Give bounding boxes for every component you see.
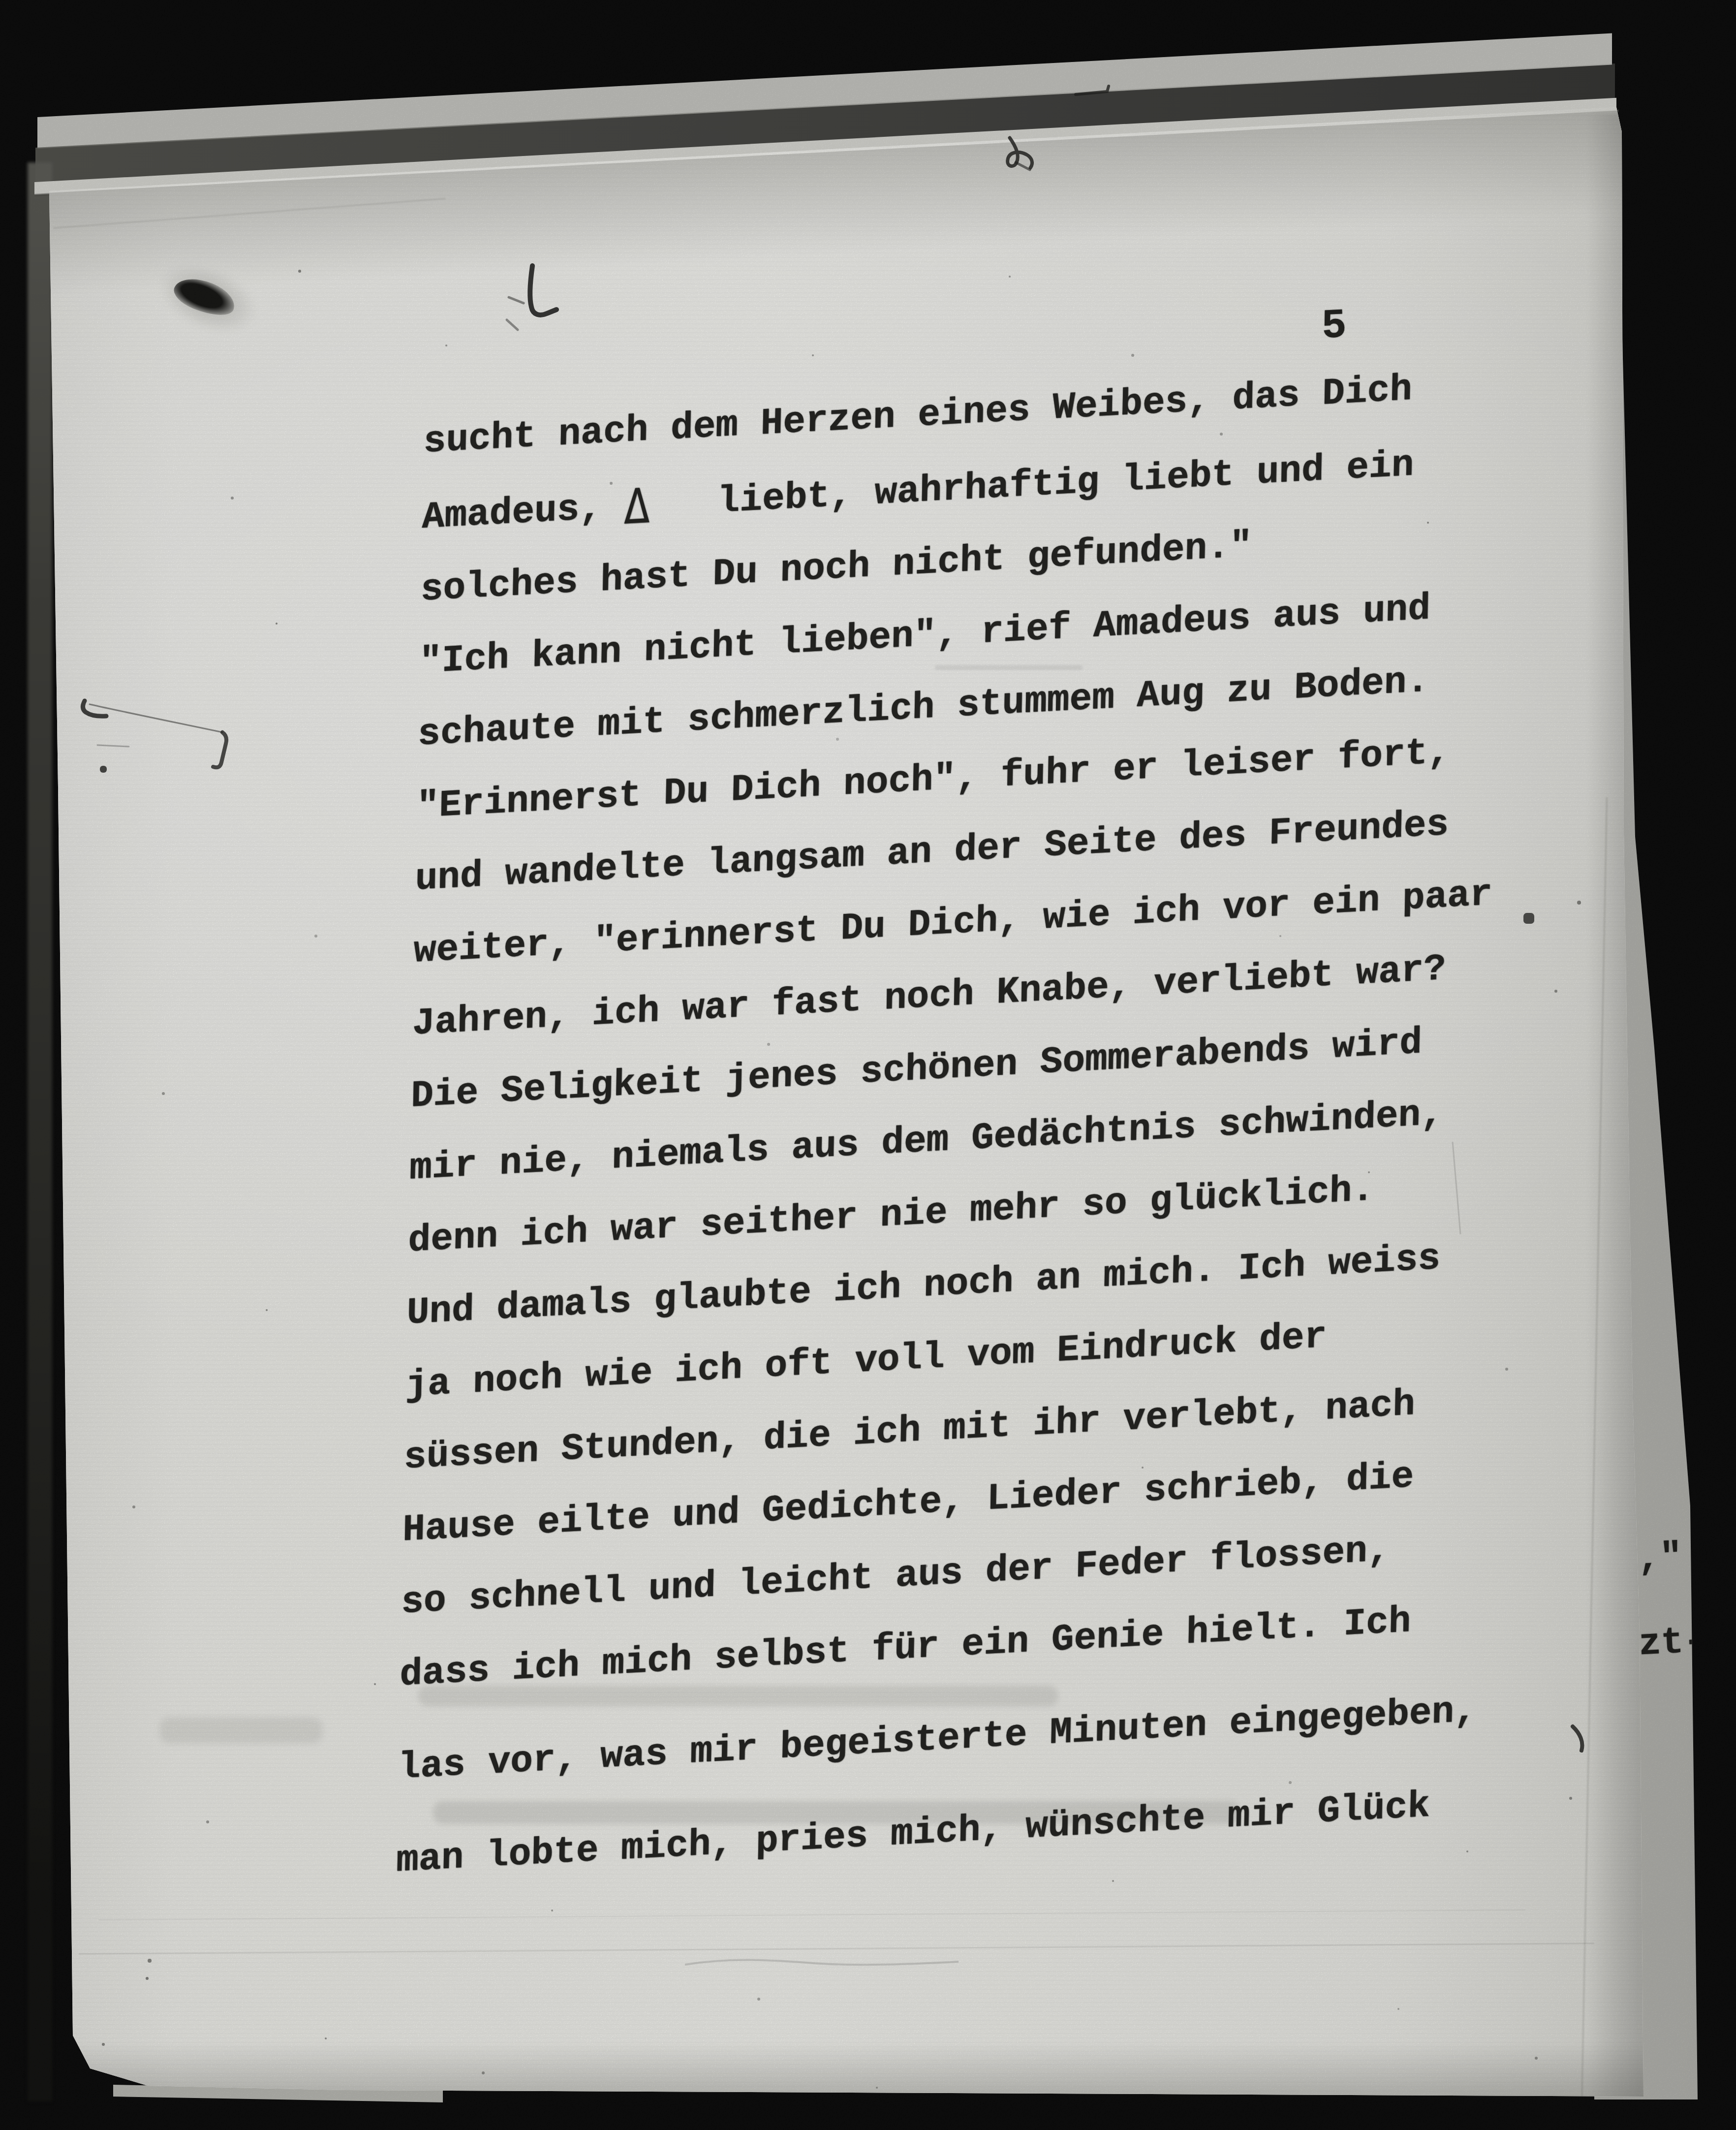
pen-squiggle-mark — [1008, 138, 1032, 170]
pen-dash-mark — [1076, 86, 1109, 94]
pen-scratch-line — [83, 701, 226, 767]
pen-marks-overlay — [0, 0, 1736, 2130]
pen-hook-mark — [1573, 1726, 1582, 1751]
pen-check-mark — [507, 266, 557, 330]
scanned-document: ," zt- 5 sucht nach dem Herzen eines Wei… — [0, 0, 1736, 2130]
scratch-line — [1453, 1142, 1460, 1234]
faint-wavy-line — [685, 1960, 959, 1965]
